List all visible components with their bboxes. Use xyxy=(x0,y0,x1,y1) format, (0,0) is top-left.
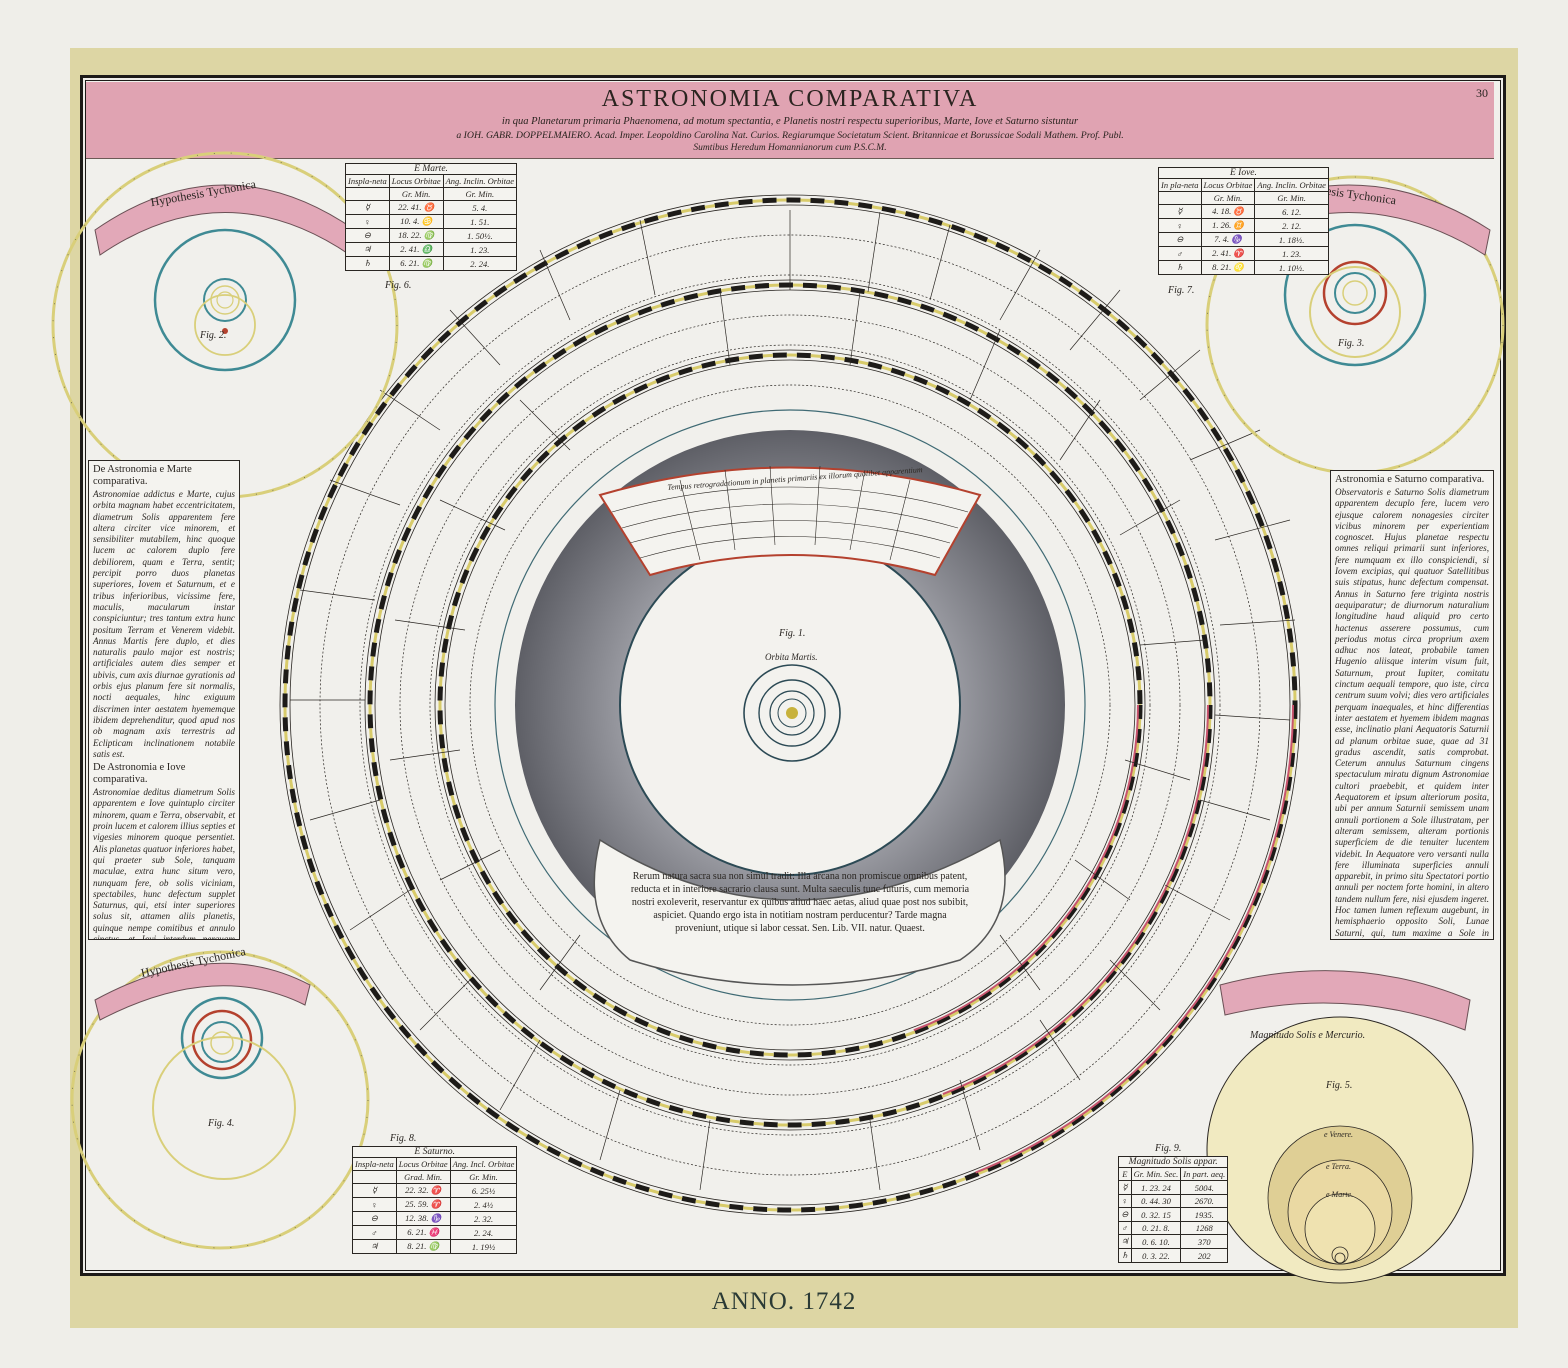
fig5-earth-label: e Terra. xyxy=(1326,1162,1351,1171)
table-fig7-caption: E Iove. xyxy=(1158,167,1329,178)
table-row: ♂6. 21. ♓2. 24. xyxy=(353,1226,517,1240)
fig5-arc-label: Magnitudo Solis e Mercurio. xyxy=(1250,1030,1365,1041)
col-header: In part. aeq. xyxy=(1181,1168,1228,1181)
subheader: Gr. Min. xyxy=(450,1171,517,1184)
fig5-mars-label: e Marte. xyxy=(1326,1190,1353,1199)
col-header: Inspla-neta xyxy=(346,175,390,188)
subheader: Gr. Min. xyxy=(1201,192,1255,205)
map-sheet: ASTRONOMIA COMPARATIVA in qua Planetarum… xyxy=(0,0,1568,1368)
table-row: ☿22. 41. ♉5. 4. xyxy=(346,201,517,215)
table-row: ♀10. 4. ♋1. 51. xyxy=(346,215,517,229)
col-header: Ang. Inclin. Orbitae xyxy=(1255,179,1328,192)
table-row: ☿1. 23. 245004. xyxy=(1119,1181,1228,1195)
fig5-label: Fig. 5. xyxy=(1326,1080,1352,1091)
table-row: ♄8. 21. ♌1. 10½. xyxy=(1159,261,1329,275)
table-fig8: E Saturno. Inspla-netaLocus OrbitaeAng. … xyxy=(352,1146,517,1254)
col-header: Ang. Inclin. Orbitae xyxy=(443,175,516,188)
table-fig6-caption: E Marte. xyxy=(345,163,517,174)
table-row: ♃8. 21. ♍1. 19½ xyxy=(353,1240,517,1254)
right-text-panel: Astronomia e Saturno comparativa. Observ… xyxy=(1330,470,1494,940)
col-header: E xyxy=(1119,1168,1132,1181)
table-row: ⊖7. 4. ♑1. 18½. xyxy=(1159,233,1329,247)
table-row: ⊖0. 32. 151935. xyxy=(1119,1208,1228,1222)
table-row: ♂2. 41. ♈1. 23. xyxy=(1159,247,1329,261)
fig2-label: Fig. 2. xyxy=(200,330,226,341)
fig8-label: Fig. 8. xyxy=(390,1133,416,1144)
col-header: Locus Orbitae xyxy=(389,175,443,188)
seneca-quote: Rerum natura sacra sua non simul tradit:… xyxy=(630,870,970,935)
table-row: ♀1. 26. ♊2. 12. xyxy=(1159,219,1329,233)
table-row: ♀0. 44. 302670. xyxy=(1119,1195,1228,1208)
table-row: ☿22. 32. ♈6. 25½ xyxy=(353,1184,517,1198)
subheader: Gr. Min. xyxy=(1255,192,1328,205)
jove-body: Astronomiae deditus diametrum Solis appa… xyxy=(93,787,235,940)
fig5-venus-label: e Venere. xyxy=(1324,1130,1353,1139)
table-row: ♄6. 21. ♍2. 24. xyxy=(346,257,517,271)
saturn-body: Observatoris e Saturno Solis diametrum a… xyxy=(1335,487,1489,940)
subheader: Grad. Min. xyxy=(396,1171,450,1184)
table-fig8-caption: E Saturno. xyxy=(352,1146,517,1157)
fig1-inner-disc xyxy=(620,535,960,875)
table-fig7: E Iove. In pla-netaLocus OrbitaeAng. Inc… xyxy=(1158,167,1329,275)
saturn-heading: Astronomia e Saturno comparativa. xyxy=(1335,474,1489,486)
table-fig9-caption: Magnitudo Solis appar. xyxy=(1118,1156,1228,1167)
col-header: Inspla-neta xyxy=(353,1158,397,1171)
table-row: ♄0. 3. 22.202 xyxy=(1119,1249,1228,1263)
table-row: ⊖12. 38. ♑2. 32. xyxy=(353,1212,517,1226)
jove-heading: De Astronomia e Iove comparativa. xyxy=(93,762,235,786)
col-header: Locus Orbitae xyxy=(396,1158,450,1171)
col-header: In pla-neta xyxy=(1159,179,1202,192)
sun-icon xyxy=(786,707,798,719)
fig4-label: Fig. 4. xyxy=(208,1118,234,1129)
col-header: Ang. Incl. Orbitae xyxy=(450,1158,517,1171)
subheader: Gr. Min. xyxy=(389,188,443,201)
table-row: ♀25. 59. ♈2. 4½ xyxy=(353,1198,517,1212)
col-header: Gr. Min. Sec. xyxy=(1131,1168,1181,1181)
fig6-label: Fig. 6. xyxy=(385,280,411,291)
table-row: ♃2. 41. ♎1. 23. xyxy=(346,243,517,257)
table-row: ⊖18. 22. ♍1. 50½. xyxy=(346,229,517,243)
left-text-panel: De Astronomia e Marte comparativa. Astro… xyxy=(88,460,240,940)
table-fig6: E Marte. Inspla-netaLocus OrbitaeAng. In… xyxy=(345,163,517,271)
col-header: Locus Orbitae xyxy=(1201,179,1255,192)
fig1-label: Fig. 1. xyxy=(779,628,805,639)
fig7-label: Fig. 7. xyxy=(1168,285,1194,296)
table-row: ♂0. 21. 8.1268 xyxy=(1119,1222,1228,1235)
fig5-diagram xyxy=(1207,1017,1473,1283)
table-row: ♃0. 6. 10.370 xyxy=(1119,1235,1228,1249)
fig1-orbit-label: Orbita Martis. xyxy=(765,652,818,662)
subheader: Gr. Min. xyxy=(443,188,516,201)
fig9-label: Fig. 9. xyxy=(1155,1143,1181,1154)
table-fig9: Magnitudo Solis appar. EGr. Min. Sec.In … xyxy=(1118,1156,1228,1263)
date-footer: ANNO. 1742 xyxy=(0,1288,1568,1316)
table-row: ☿4. 18. ♉6. 12. xyxy=(1159,205,1329,219)
mars-body: Astronomiae addictus e Marte, cujus orbi… xyxy=(93,489,235,760)
fig3-label: Fig. 3. xyxy=(1338,338,1364,349)
mars-heading: De Astronomia e Marte comparativa. xyxy=(93,464,235,488)
